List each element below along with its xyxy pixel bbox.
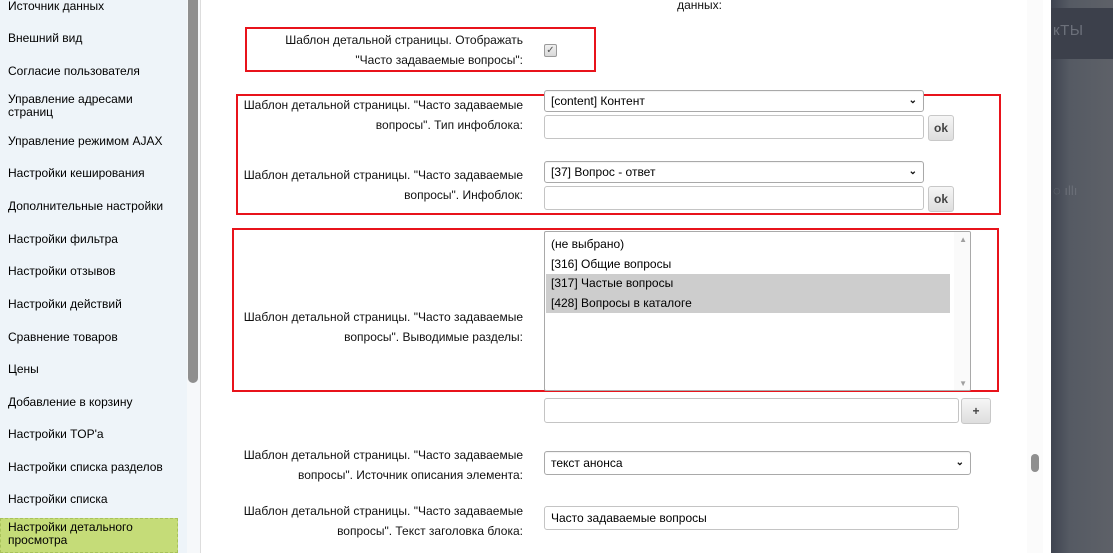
scroll-down-arrow-icon[interactable]: ▼	[959, 379, 967, 388]
sections-label: Шаблон детальной страницы. "Часто задава…	[242, 307, 523, 347]
description-source-value: текст анонса	[551, 456, 623, 470]
sidebar-item-top[interactable]: Настройки TOP'а	[0, 428, 178, 441]
block-title-label: Шаблон детальной страницы. "Часто задава…	[242, 501, 523, 541]
iblock-custom-input[interactable]	[544, 186, 924, 210]
iblock-type-ok-button[interactable]: ok	[928, 115, 954, 141]
sidebar-item-list[interactable]: Настройки списка	[0, 493, 178, 506]
iblock-value: [37] Вопрос - ответ	[551, 165, 655, 179]
sidebar-item-compare[interactable]: Сравнение товаров	[0, 331, 178, 344]
description-source-label: Шаблон детальной страницы. "Часто задава…	[242, 445, 523, 485]
background-page	[1051, 0, 1113, 553]
sidebar-item-section-list[interactable]: Настройки списка разделов	[0, 461, 178, 474]
show-faq-label: Шаблон детальной страницы. Отображать "Ч…	[252, 30, 523, 70]
iblock-type-value: [content] Контент	[551, 94, 645, 108]
iblock-type-custom-input[interactable]	[544, 115, 924, 139]
sections-option[interactable]: [317] Частые вопросы	[546, 274, 950, 294]
sections-custom-input[interactable]	[544, 398, 959, 423]
background-chart-icon: ◌ ıllı	[1053, 183, 1077, 198]
sidebar-item-url-management[interactable]: Управление адресами страниц	[0, 93, 178, 119]
iblock-select[interactable]: [37] Вопрос - ответ ⌄	[544, 161, 924, 183]
sidebar-item-data-source[interactable]: Источник данных	[0, 0, 178, 13]
scroll-up-arrow-icon[interactable]: ▲	[959, 235, 967, 244]
sections-listbox-scrollbar[interactable]: ▲ ▼	[954, 232, 970, 390]
sections-listbox[interactable]: (не выбрано) [316] Общие вопросы [317] Ч…	[544, 231, 971, 391]
page-scrollbar-thumb[interactable]	[1031, 454, 1039, 472]
chevron-down-icon: ⌄	[909, 162, 917, 182]
settings-form: данных: Шаблон детальной страницы. Отобр…	[202, 0, 1050, 553]
iblock-ok-button[interactable]: ok	[928, 186, 954, 212]
background-header-text: кТЫ	[1053, 22, 1084, 39]
block-title-input[interactable]: Часто задаваемые вопросы	[544, 506, 959, 530]
sidebar-item-add-to-cart[interactable]: Добавление в корзину	[0, 396, 178, 409]
sidebar-item-ajax-mode[interactable]: Управление режимом AJAX	[0, 135, 178, 148]
sections-option[interactable]: [428] Вопросы в каталоге	[546, 294, 950, 314]
sidebar-item-appearance[interactable]: Внешний вид	[0, 32, 178, 45]
sidebar-item-user-consent[interactable]: Согласие пользователя	[0, 65, 178, 78]
previous-field-label: данных:	[422, 0, 722, 15]
chevron-down-icon: ⌄	[956, 452, 964, 474]
iblock-type-select[interactable]: [content] Контент ⌄	[544, 90, 924, 112]
iblock-type-label: Шаблон детальной страницы. "Часто задава…	[242, 95, 523, 135]
sidebar-item-reviews[interactable]: Настройки отзывов	[0, 265, 178, 278]
sidebar-item-prices[interactable]: Цены	[0, 363, 178, 376]
iblock-label: Шаблон детальной страницы. "Часто задава…	[242, 165, 523, 205]
sidebar-item-caching[interactable]: Настройки кеширования	[0, 167, 178, 180]
sidebar-item-actions[interactable]: Настройки действий	[0, 298, 178, 311]
settings-sidebar: Источник данных Внешний вид Согласие пол…	[0, 0, 187, 553]
sidebar-item-detail-view[interactable]: Настройки детального просмотра	[0, 518, 178, 553]
sidebar-item-additional[interactable]: Дополнительные настройки	[0, 200, 178, 213]
description-source-select[interactable]: текст анонса ⌄	[544, 451, 971, 475]
show-faq-checkbox[interactable]: ✓	[544, 44, 557, 57]
sidebar-item-filter[interactable]: Настройки фильтра	[0, 233, 178, 246]
sidebar-scrollbar-thumb[interactable]	[188, 0, 198, 383]
sections-add-button[interactable]: +	[961, 398, 991, 424]
chevron-down-icon: ⌄	[909, 91, 917, 111]
sections-option[interactable]: (не выбрано)	[546, 235, 950, 255]
sections-option[interactable]: [316] Общие вопросы	[546, 255, 950, 275]
